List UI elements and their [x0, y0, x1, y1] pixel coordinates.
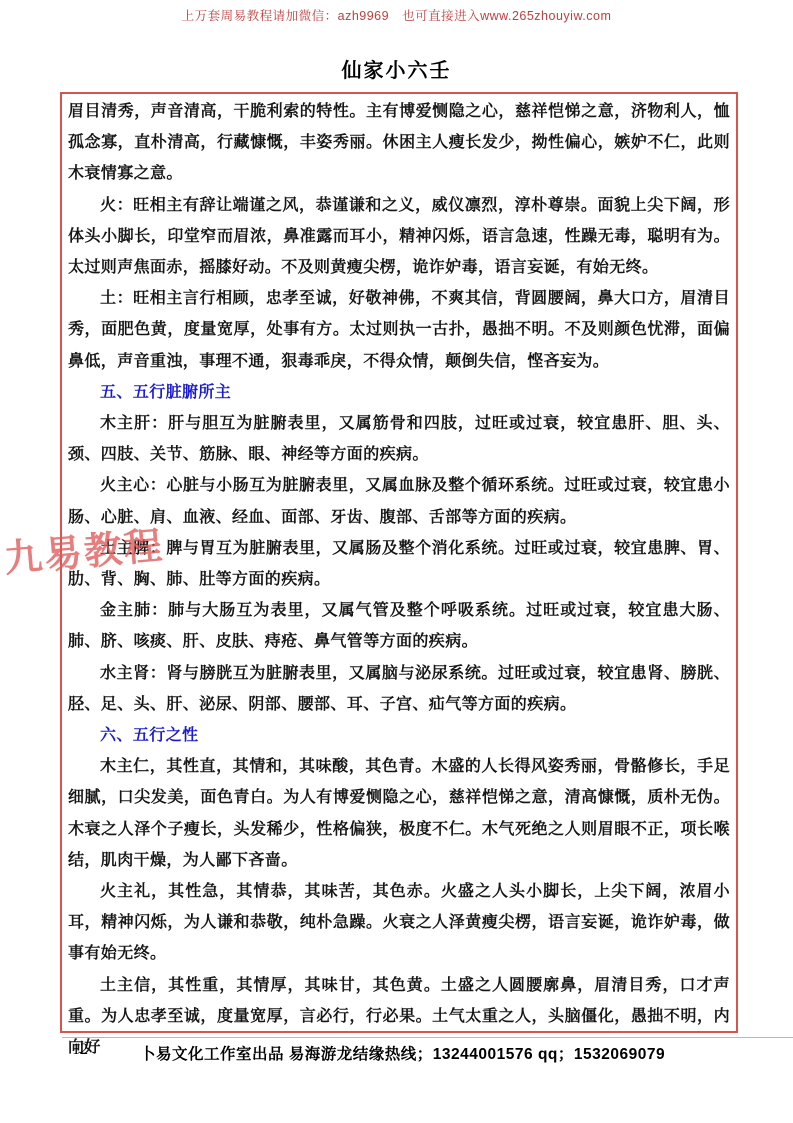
footer-divider: [62, 1037, 793, 1038]
body-paragraph: 木主仁，其性直，其情和，其味酸，其色青。木盛的人长得风姿秀丽，骨骼修长，手足细腻…: [68, 751, 730, 876]
promo-header: 上万套周易教程请加微信：azh9969 也可直接进入www.265zhouyiw…: [0, 6, 793, 24]
body-paragraph: 眉目清秀，声音清高，干脆利索的特性。主有博爱恻隐之心，慈祥恺悌之意，济物利人，恤…: [68, 96, 730, 190]
page-number: 12: [72, 1041, 88, 1059]
body-paragraph: 水主肾：肾与膀胱互为脏腑表里，又属脑与泌尿系统。过旺或过衰，较宜患肾、膀胱、胫、…: [68, 658, 730, 720]
section-heading: 六、五行之性: [68, 720, 730, 751]
body-paragraph: 金主肺：肺与大肠互为表里，又属气管及整个呼吸系统。过旺或过衰，较宜患大肠、肺、脐…: [68, 595, 730, 657]
body-paragraph: 火主心：心脏与小肠互为脏腑表里，又属血脉及整个循环系统。过旺或过衰，较宜患小肠、…: [68, 470, 730, 532]
body-paragraph: 木主肝：肝与胆互为脏腑表里，又属筋骨和四肢，过旺或过衰，较宜患肝、胆、头、颈、四…: [68, 408, 730, 470]
footer-text: 卜易文化工作室出品 易海游龙结缘热线；13244001576 qq；153206…: [140, 1042, 665, 1064]
page-title: 仙家小六壬: [0, 54, 793, 83]
body-paragraph: 火主礼，其性急，其情恭，其味苦，其色赤。火盛之人头小脚长，上尖下阔，浓眉小耳，精…: [68, 876, 730, 970]
content-border-box: 眉目清秀，声音清高，干脆利索的特性。主有博爱恻隐之心，慈祥恺悌之意，济物利人，恤…: [60, 92, 738, 1033]
page-footer: 12 卜易文化工作室出品 易海游龙结缘热线；13244001576 qq；153…: [0, 1041, 793, 1065]
body-paragraph: 土主脾：脾与胃互为脏腑表里，又属肠及整个消化系统。过旺或过衰，较宜患脾、胃、肋、…: [68, 533, 730, 595]
body-paragraph: 土：旺相主言行相顾，忠孝至诚，好敬神佛，不爽其信，背圆腰阔，鼻大口方，眉清目秀，…: [68, 283, 730, 377]
body-paragraph: 火：旺相主有辞让端谨之风，恭谨谦和之义，威仪凛烈，淳朴尊崇。面貌上尖下阔，形体头…: [68, 190, 730, 284]
section-heading: 五、五行脏腑所主: [68, 377, 730, 408]
